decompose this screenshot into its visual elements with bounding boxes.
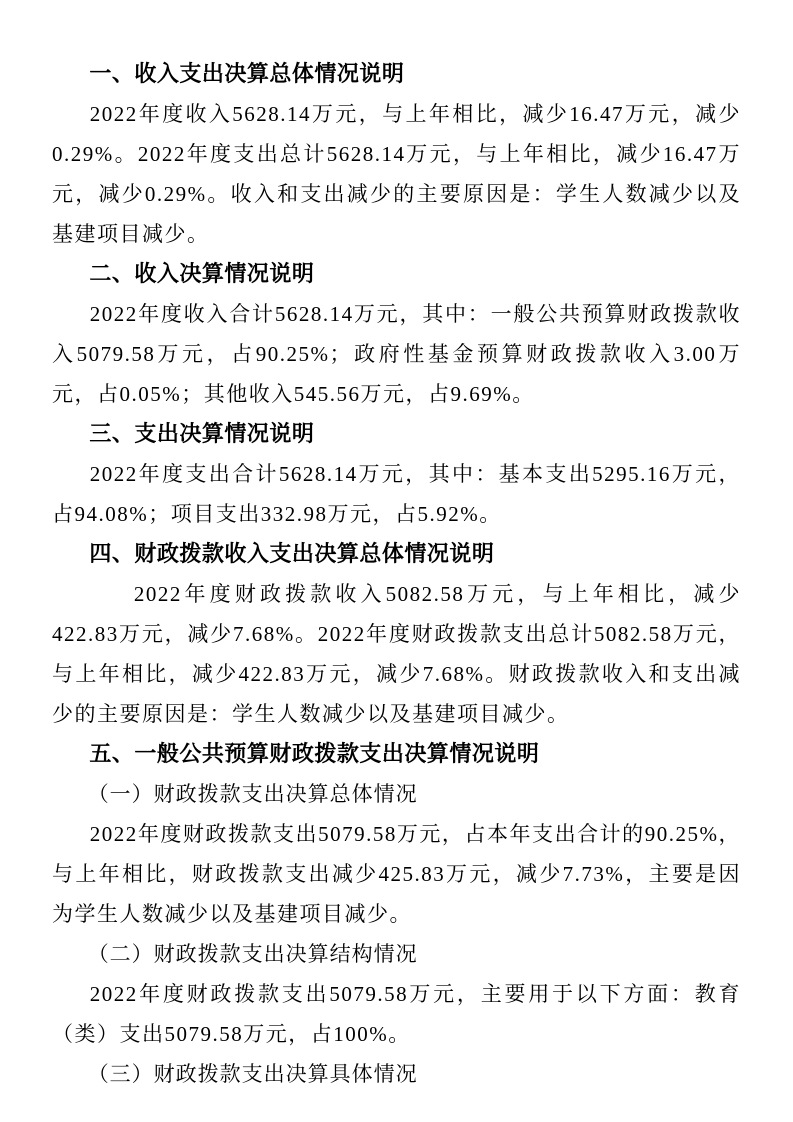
- section-2-paragraph: 2022年度收入合计5628.14万元，其中：一般公共预算财政拨款收入5079.…: [52, 294, 741, 414]
- section-3-heading: 三、支出决算情况说明: [52, 414, 741, 454]
- section-5-subheading-3: （三）财政拨款支出决算具体情况: [52, 1054, 741, 1094]
- section-5-subheading-2: （二）财政拨款支出决算结构情况: [52, 934, 741, 974]
- section-2-heading: 二、收入决算情况说明: [52, 254, 741, 294]
- section-5-subsection-2-paragraph: 2022年度财政拨款支出5079.58万元，主要用于以下方面：教育（类）支出50…: [52, 974, 741, 1054]
- section-5-subsection-1-paragraph: 2022年度财政拨款支出5079.58万元，占本年支出合计的90.25%，与上年…: [52, 814, 741, 934]
- document-page: 一、收入支出决算总体情况说明 2022年度收入5628.14万元，与上年相比，减…: [0, 0, 793, 1122]
- section-4-paragraph: 2022年度财政拨款收入5082.58万元，与上年相比，减少422.83万元，减…: [52, 574, 741, 734]
- section-5-subheading-1: （一）财政拨款支出决算总体情况: [52, 774, 741, 814]
- section-1-paragraph: 2022年度收入5628.14万元，与上年相比，减少16.47万元，减少0.29…: [52, 94, 741, 254]
- section-1-heading: 一、收入支出决算总体情况说明: [52, 54, 741, 94]
- section-3-paragraph: 2022年度支出合计5628.14万元，其中：基本支出5295.16万元，占94…: [52, 454, 741, 534]
- section-4-heading: 四、财政拨款收入支出决算总体情况说明: [52, 534, 741, 574]
- section-5-heading: 五、一般公共预算财政拨款支出决算情况说明: [52, 734, 741, 774]
